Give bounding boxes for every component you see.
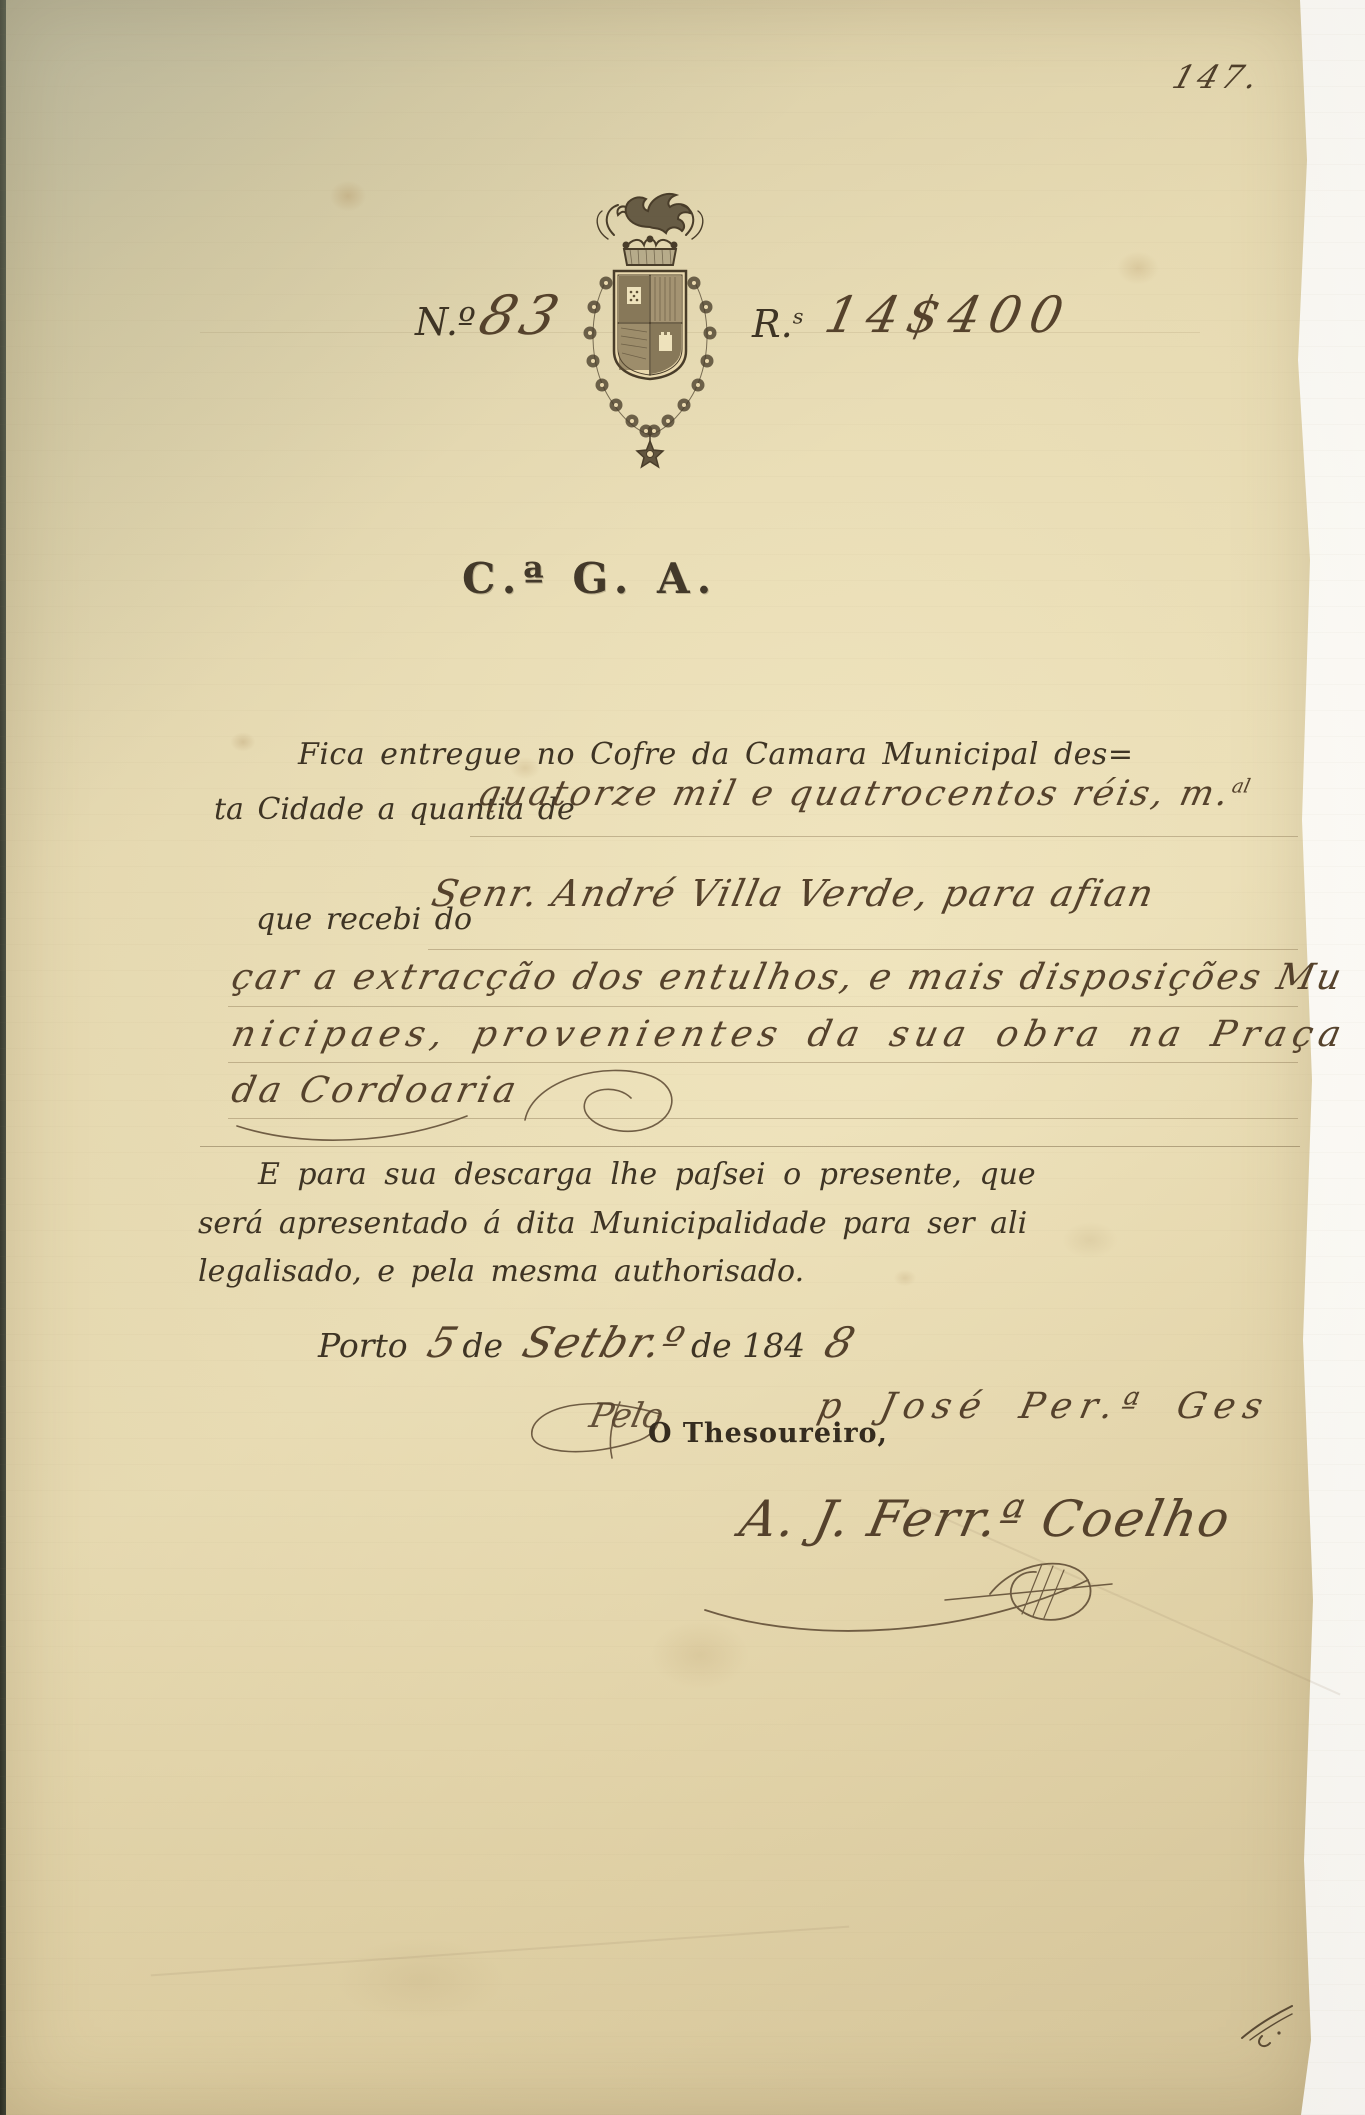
fill-line — [470, 836, 1298, 837]
reis-label-main: R. — [752, 302, 793, 346]
fill-line — [428, 949, 1298, 950]
reis-label: R.s — [752, 302, 803, 346]
dateline-place: Porto — [318, 1326, 408, 1365]
scanned-document: 147. — [0, 0, 1365, 2115]
dateline: Porto 5 de Setbr.º de 184 8 — [318, 1318, 846, 1367]
closing-line-3: legalisado, e pela mesma authorisado. — [198, 1254, 804, 1289]
coat-of-arms-emblem — [562, 183, 738, 483]
reis-label-sup: s — [793, 304, 804, 328]
closing-line-1: E para sua descarga lhe paſsei o present… — [258, 1157, 1036, 1192]
amount-value: 14$400 — [820, 286, 1077, 344]
handwritten-amount-words: quatorze mil e quatrocentos réis, m.al — [474, 774, 1253, 814]
series-heading: C.ª G. A. — [462, 554, 718, 603]
coat-of-arms-graphic — [562, 183, 738, 483]
receipt-number-label: N.º — [415, 300, 476, 344]
pen-flourish — [225, 1068, 695, 1158]
fill-line — [228, 1062, 1298, 1063]
handwritten-purpose-line-2: nicipaes, provenientes da sua obra na Pr… — [228, 1014, 1351, 1055]
handwritten-payer-line: Senr. André Villa Verde, para afian — [428, 872, 1159, 915]
handwritten-purpose-line-1: çar a extracção dos entulhos, e mais dis… — [228, 957, 1348, 998]
rubric-mark — [1232, 1992, 1302, 2052]
signature-flourish — [690, 1538, 1130, 1658]
handwritten-deputy: p José Per.ª Ges — [814, 1386, 1274, 1427]
amount-words-text: quatorze mil e quatrocentos réis, m. — [474, 774, 1235, 814]
dateline-day: 5 — [422, 1318, 464, 1367]
dateline-de2: de 184 — [691, 1326, 805, 1365]
printed-line-1: Fica entregue no Cofre da Camara Municip… — [298, 737, 1133, 772]
closing-line-2: será apresentado á dita Municipalidade p… — [198, 1206, 1027, 1241]
fill-line — [228, 1006, 1298, 1007]
folio-number: 147. — [1168, 58, 1267, 96]
dateline-de1: de — [462, 1326, 503, 1365]
dateline-month: Setbr.º — [517, 1318, 692, 1367]
